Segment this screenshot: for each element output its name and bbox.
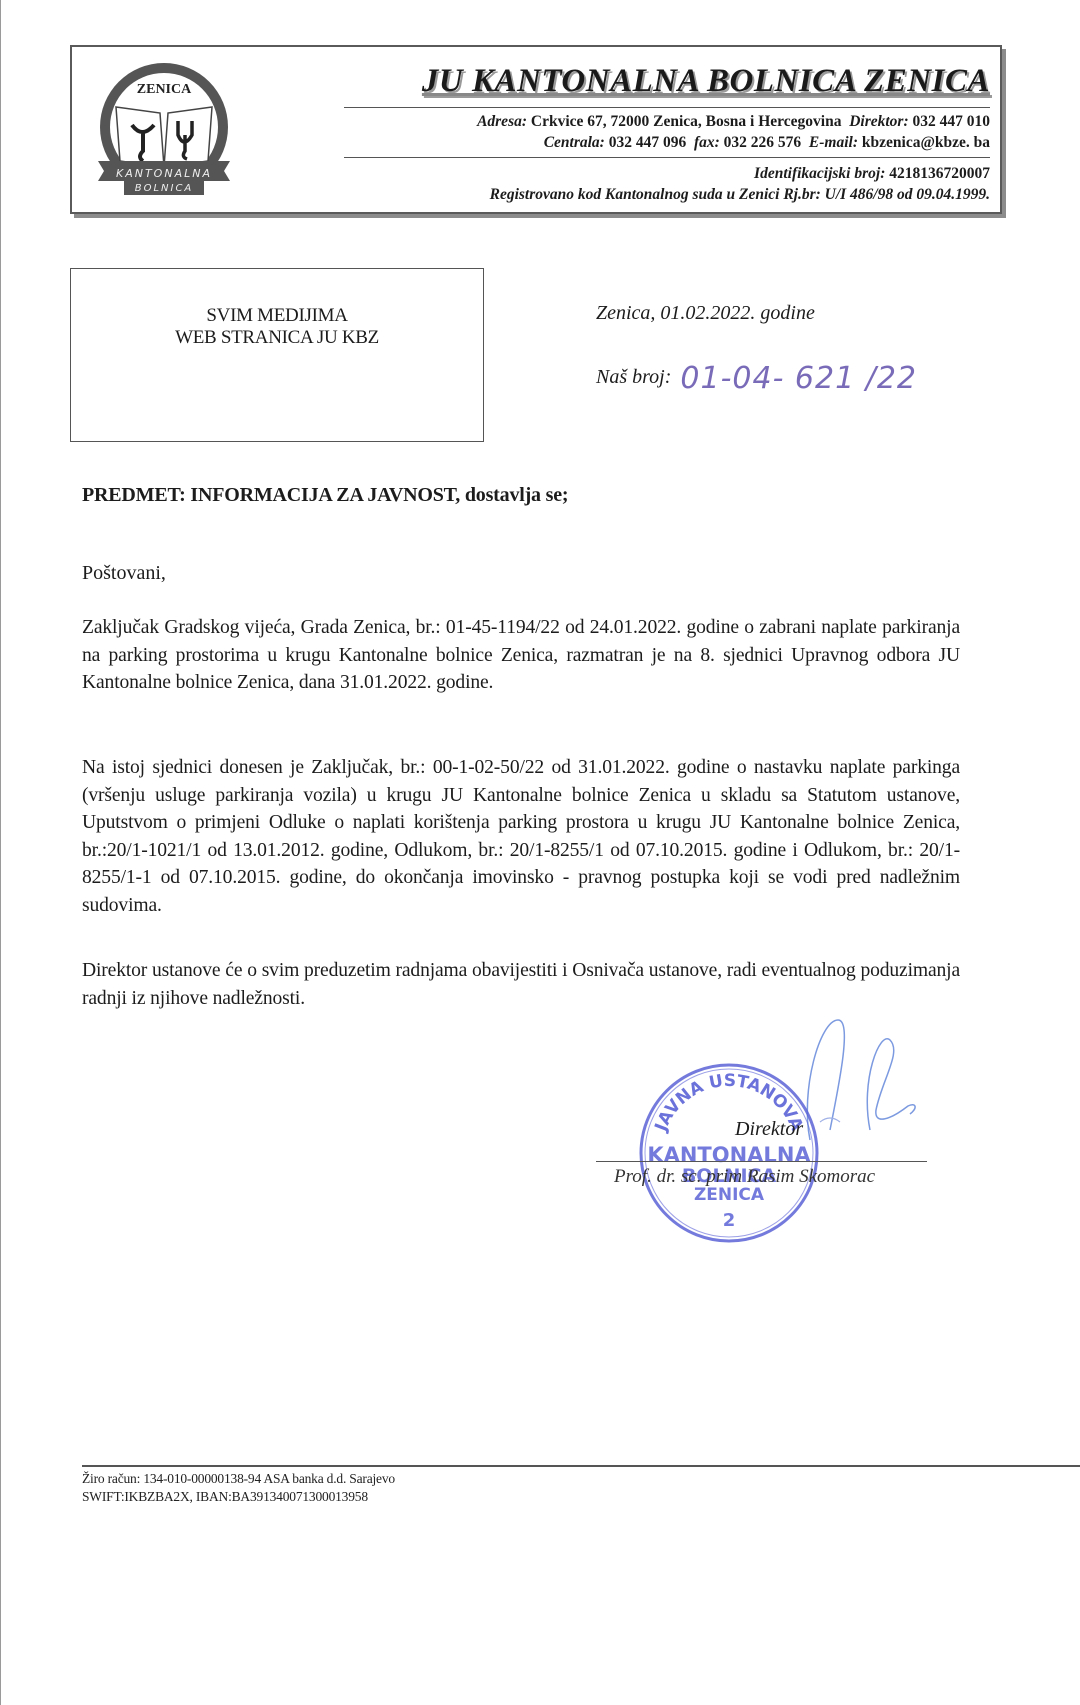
hospital-logo-icon: ZENICA KANTONALNA BOLNICA xyxy=(94,57,234,205)
swift-iban-line: SWIFT:IKBZBA2X, IBAN:BA39134007130001395… xyxy=(82,1489,368,1505)
institution-title: JU KANTONALNA BOLNICA ZENICA xyxy=(422,63,990,100)
body-paragraph-2: Na istoj sjednici donesen je Zaključak, … xyxy=(82,754,960,919)
reference-number: Naš broj: 01-04- 621 /22 xyxy=(596,356,917,391)
body-paragraph-1: Zaključak Gradskog vijeća, Grada Zenica,… xyxy=(82,614,960,697)
divider xyxy=(344,107,990,108)
letterhead: ZENICA KANTONALNA BOLNICA JU KANTONALNA … xyxy=(70,45,1002,214)
salutation: Poštovani, xyxy=(82,562,166,585)
contact-line: Centrala: 032 447 096 fax: 032 226 576 E… xyxy=(544,134,990,152)
signatory-name: Prof. dr. sc. prim Rasim Skomorac xyxy=(614,1166,875,1188)
handwritten-reference: 01-04- 621 /22 xyxy=(680,361,917,396)
bank-account-line: Žiro račun: 134-010-00000138-94 ASA bank… xyxy=(82,1471,395,1487)
page-edge xyxy=(0,0,1,1705)
document-date: Zenica, 01.02.2022. godine xyxy=(596,302,815,325)
recipient-line-2: WEB STRANICA JU KBZ xyxy=(71,327,483,349)
svg-text:KANTONALNA: KANTONALNA xyxy=(647,1143,811,1167)
signature-line xyxy=(596,1161,927,1162)
svg-text:BOLNICA: BOLNICA xyxy=(135,183,194,194)
recipient-box: SVIM MEDIJIMA WEB STRANICA JU KBZ xyxy=(70,268,484,442)
recipient-line-1: SVIM MEDIJIMA xyxy=(71,305,483,327)
divider xyxy=(344,157,990,158)
footer-divider xyxy=(82,1465,1080,1467)
svg-text:ZENICA: ZENICA xyxy=(137,82,192,97)
email-link[interactable]: kbzenica@kbze. ba xyxy=(862,134,990,151)
svg-text:ZENICA: ZENICA xyxy=(694,1185,765,1205)
official-stamp-icon: JAVNA USTANOVA KANTONALNA BOLNICA ZENICA… xyxy=(634,1058,824,1248)
registration-line: Registrovano kod Kantonalnog suda u Zeni… xyxy=(490,186,990,204)
body-paragraph-3: Direktor ustanove će o svim preduzetim r… xyxy=(82,957,960,1012)
svg-text:2: 2 xyxy=(723,1210,736,1231)
svg-text:KANTONALNA: KANTONALNA xyxy=(116,167,212,180)
id-number-line: Identifikacijski broj: 4218136720007 xyxy=(754,165,990,183)
address-line: Adresa: Crkvice 67, 72000 Zenica, Bosna … xyxy=(477,113,990,131)
subject-line: PREDMET: INFORMACIJA ZA JAVNOST, dostavl… xyxy=(82,484,568,507)
signatory-title: Direktor xyxy=(735,1118,803,1141)
